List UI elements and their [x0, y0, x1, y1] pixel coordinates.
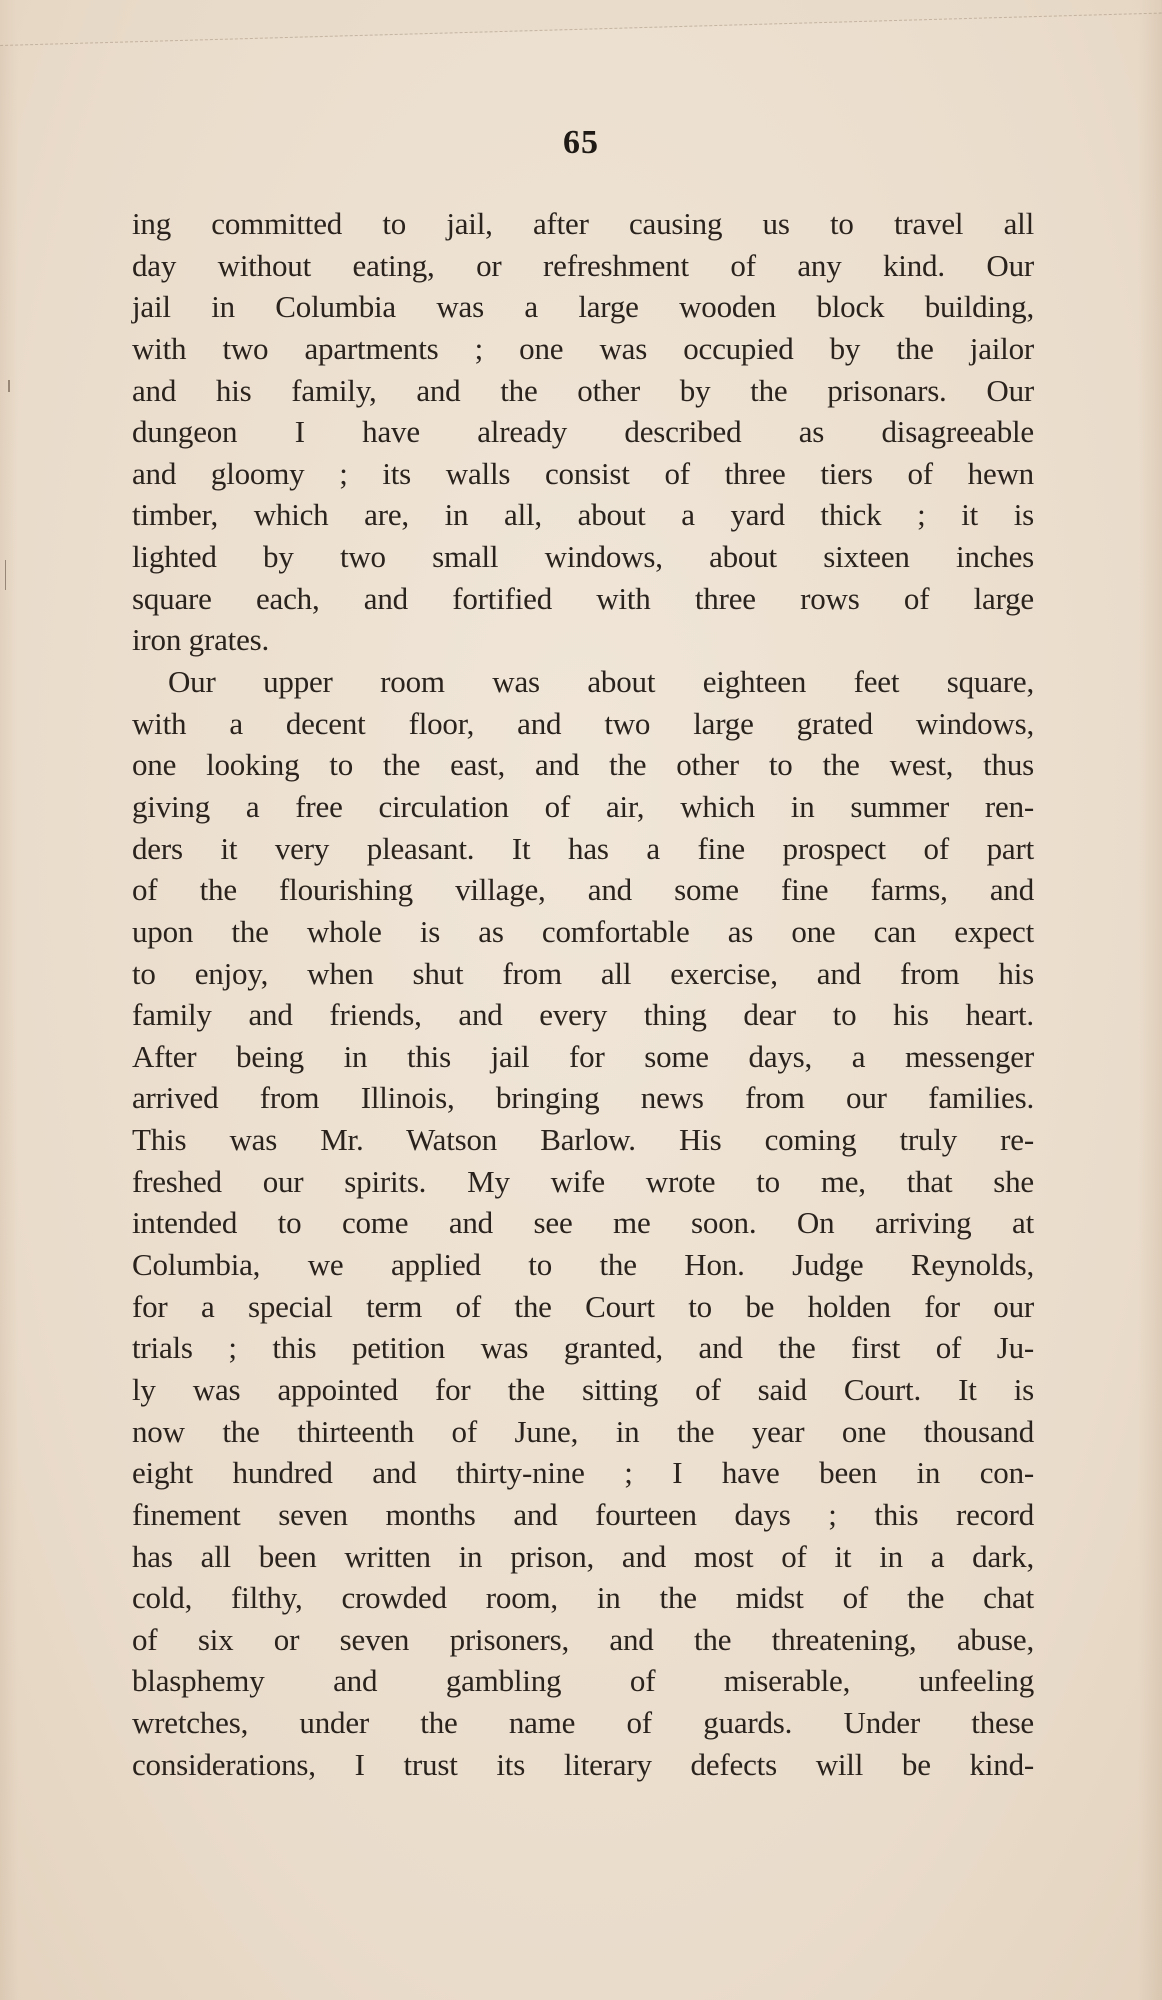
text-line: timber, which are, in all, about a yard …	[132, 494, 1034, 536]
text-line: to enjoy, when shut from all exercise, a…	[132, 953, 1034, 995]
text-line: for a special term of the Court to be ho…	[132, 1286, 1034, 1328]
text-line: ders it very pleasant. It has a fine pro…	[132, 828, 1034, 870]
text-line: cold, filthy, crowded room, in the midst…	[132, 1577, 1034, 1619]
text-line: iron grates.	[132, 619, 1034, 661]
text-line: giving a free circulation of air, which …	[132, 786, 1034, 828]
text-line: considerations, I trust its literary def…	[132, 1744, 1034, 1786]
paper-fold-line	[0, 0, 1162, 46]
text-line: and gloomy ; its walls consist of three …	[132, 453, 1034, 495]
text-line: of the flourishing village, and some fin…	[132, 869, 1034, 911]
text-line: dungeon I have already described as disa…	[132, 411, 1034, 453]
margin-mark	[5, 560, 6, 590]
page-number: 65	[0, 124, 1162, 162]
page-right-edge-shadow	[1138, 0, 1162, 2000]
text-line: day without eating, or refreshment of an…	[132, 245, 1034, 287]
text-line: ing committed to jail, after causing us …	[132, 203, 1034, 245]
text-line: lighted by two small windows, about sixt…	[132, 536, 1034, 578]
text-line: After being in this jail for some days, …	[132, 1036, 1034, 1078]
text-line: eight hundred and thirty-nine ; I have b…	[132, 1452, 1034, 1494]
text-line: freshed our spirits. My wife wrote to me…	[132, 1161, 1034, 1203]
text-line: arrived from Illinois, bringing news fro…	[132, 1077, 1034, 1119]
text-line: with a decent floor, and two large grate…	[132, 703, 1034, 745]
text-line: jail in Columbia was a large wooden bloc…	[132, 286, 1034, 328]
text-line: and his family, and the other by the pri…	[132, 370, 1034, 412]
text-line: has all been written in prison, and most…	[132, 1536, 1034, 1578]
text-line: wretches, under the name of guards. Unde…	[132, 1702, 1034, 1744]
text-line: finement seven months and fourteen days …	[132, 1494, 1034, 1536]
text-line: upon the whole is as comfortable as one …	[132, 911, 1034, 953]
text-line: with two apartments ; one was occupied b…	[132, 328, 1034, 370]
text-line: of six or seven prisoners, and the threa…	[132, 1619, 1034, 1661]
text-line: square each, and fortified with three ro…	[132, 578, 1034, 620]
text-line: ly was appointed for the sitting of said…	[132, 1369, 1034, 1411]
text-line: family and friends, and every thing dear…	[132, 994, 1034, 1036]
text-line: one looking to the east, and the other t…	[132, 744, 1034, 786]
body-text: ing committed to jail, after causing us …	[132, 203, 1034, 1785]
text-line: This was Mr. Watson Barlow. His coming t…	[132, 1119, 1034, 1161]
text-line: Columbia, we applied to the Hon. Judge R…	[132, 1244, 1034, 1286]
margin-mark	[8, 380, 10, 392]
page-left-edge-shadow	[0, 0, 18, 2000]
text-line: now the thirteenth of June, in the year …	[132, 1411, 1034, 1453]
text-line: intended to come and see me soon. On arr…	[132, 1202, 1034, 1244]
text-line: blasphemy and gambling of miserable, unf…	[132, 1660, 1034, 1702]
text-line: trials ; this petition was granted, and …	[132, 1327, 1034, 1369]
paragraph-start-line: Our upper room was about eighteen feet s…	[132, 661, 1034, 703]
